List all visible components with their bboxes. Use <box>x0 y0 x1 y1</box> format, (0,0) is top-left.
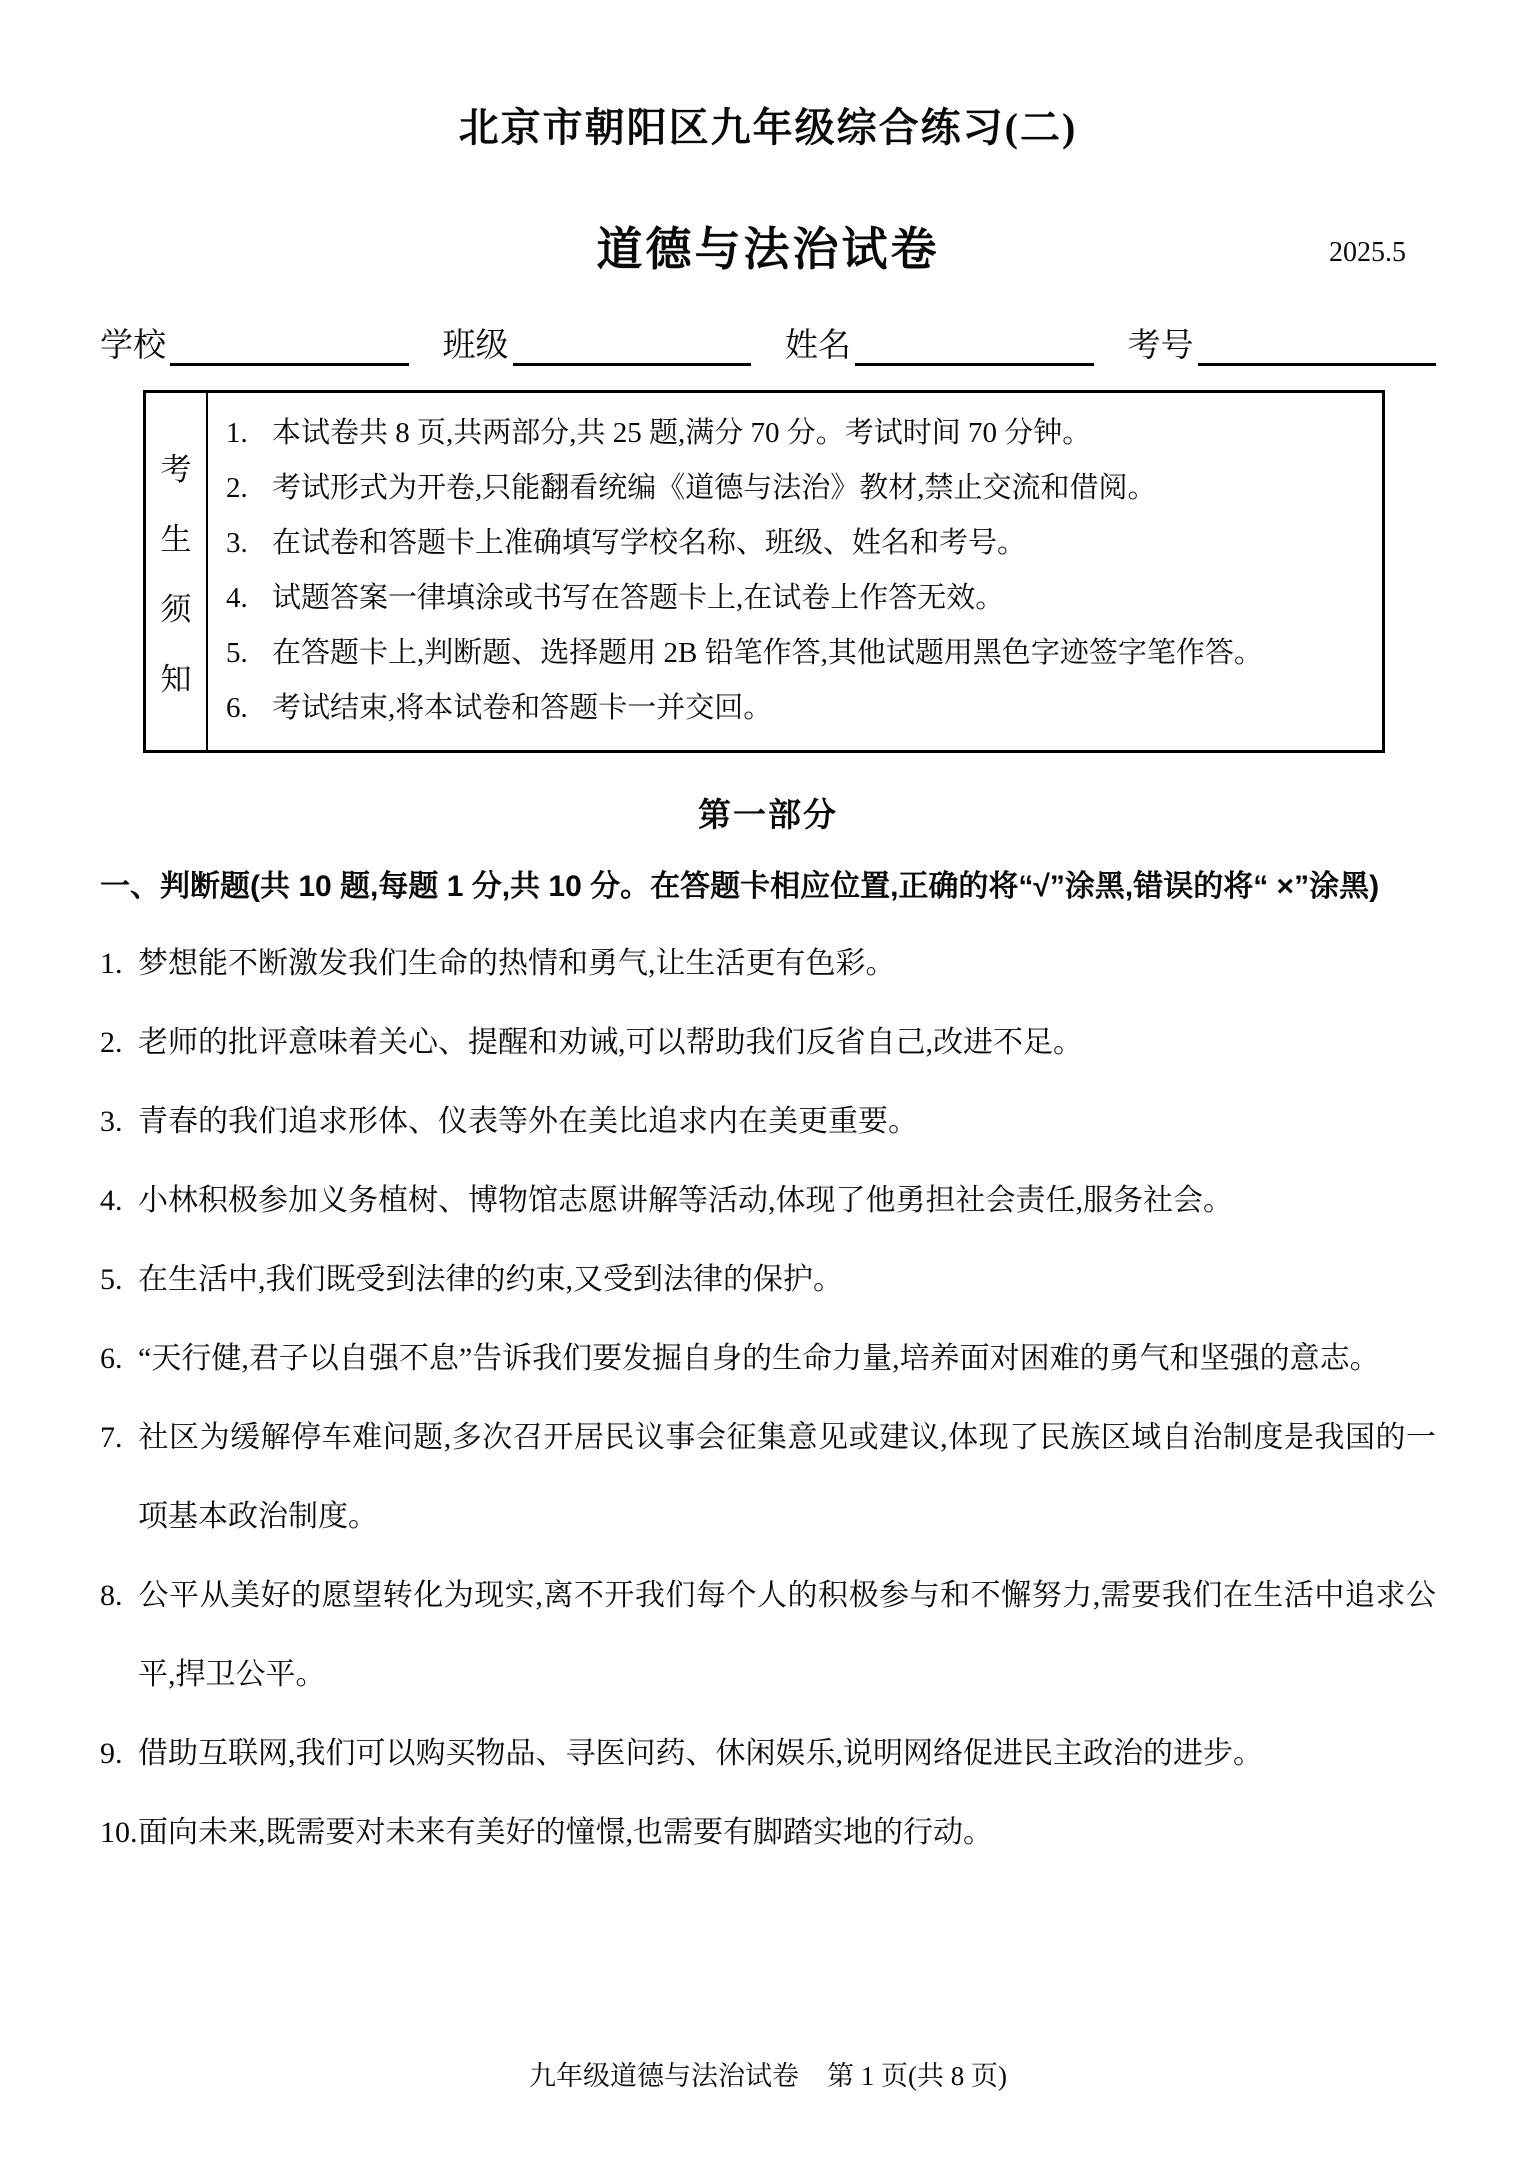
notice-item-text: 在答题卡上,判断题、选择题用 2B 铅笔作答,其他试题用黑色字迹签字笔作答。 <box>272 637 1263 669</box>
notice-item-number: 3. <box>226 516 272 571</box>
question-item: 7.社区为缓解停车难问题,多次召开居民议事会征集意见或建议,体现了民族区域自治制… <box>100 1398 1436 1556</box>
question-text: “天行健,君子以自强不息”告诉我们要发掘自身的生命力量,培养面对困难的勇气和坚强… <box>138 1342 1380 1375</box>
form-field-blank <box>513 330 752 366</box>
notice-side-char: 知 <box>161 654 192 699</box>
notice-item-text: 考试结束,将本试卷和答题卡一并交回。 <box>272 692 772 724</box>
question-text: 老师的批评意味着关心、提醒和劝诫,可以帮助我们反省自己,改进不足。 <box>138 1026 1083 1059</box>
notice-item: 6.考试结束,将本试卷和答题卡一并交回。 <box>226 681 1364 736</box>
notice-list: 1.本试卷共 8 页,共两部分,共 25 题,满分 70 分。考试时间 70 分… <box>208 393 1382 750</box>
footer-page-number: 第 1 页(共 8 页) <box>827 2061 1007 2091</box>
question-text: 小林积极参加义务植树、博物馆志愿讲解等活动,体现了他勇担社会责任,服务社会。 <box>138 1184 1233 1217</box>
exam-date: 2025.5 <box>1329 237 1406 269</box>
question-item: 9.借助互联网,我们可以购买物品、寻医问药、休闲娱乐,说明网络促进民主政治的进步… <box>100 1714 1436 1793</box>
notice-item: 5.在答题卡上,判断题、选择题用 2B 铅笔作答,其他试题用黑色字迹签字笔作答。 <box>226 626 1364 681</box>
form-field: 姓名 <box>785 319 1094 366</box>
question-text: 借助互联网,我们可以购买物品、寻医问药、休闲娱乐,说明网络促进民主政治的进步。 <box>138 1737 1263 1770</box>
notice-item-number: 1. <box>226 406 272 461</box>
subtitle-row: 道德与法治试卷 2025.5 <box>100 213 1436 269</box>
question-number: 6. <box>100 1319 138 1398</box>
form-field-blank <box>1198 330 1437 366</box>
question-text: 面向未来,既需要对未来有美好的憧憬,也需要有脚踏实地的行动。 <box>138 1816 993 1849</box>
page-footer: 九年级道德与法治试卷第 1 页(共 8 页) <box>0 2054 1536 2093</box>
notice-side-char: 考 <box>161 444 192 489</box>
question-number: 8. <box>100 1556 138 1635</box>
notice-item-number: 5. <box>226 626 272 681</box>
exam-subtitle: 道德与法治试卷 <box>100 213 1436 279</box>
question-item: 2.老师的批评意味着关心、提醒和劝诫,可以帮助我们反省自己,改进不足。 <box>100 1003 1436 1082</box>
form-field-label: 姓名 <box>785 319 851 366</box>
question-item: 3.青春的我们追求形体、仪表等外在美比追求内在美更重要。 <box>100 1082 1436 1161</box>
form-field-label: 学校 <box>100 319 166 366</box>
question-item: 6.“天行健,君子以自强不息”告诉我们要发掘自身的生命力量,培养面对困难的勇气和… <box>100 1319 1436 1398</box>
question-text: 梦想能不断激发我们生命的热情和勇气,让生活更有色彩。 <box>138 947 896 980</box>
question-number: 3. <box>100 1082 138 1161</box>
notice-item: 4.试题答案一律填涂或书写在答题卡上,在试卷上作答无效。 <box>226 571 1364 626</box>
question-item: 5.在生活中,我们既受到法律的约束,又受到法律的保护。 <box>100 1240 1436 1319</box>
section-one-intro: 一、判断题(共 10 题,每题 1 分,共 10 分。在答题卡相应位置,正确的将… <box>100 862 1436 912</box>
question-number: 2. <box>100 1003 138 1082</box>
notice-item-text: 在试卷和答题卡上准确填写学校名称、班级、姓名和考号。 <box>272 527 1026 559</box>
question-item: 10.面向未来,既需要对未来有美好的憧憬,也需要有脚踏实地的行动。 <box>100 1793 1436 1872</box>
form-field: 考号 <box>1128 319 1437 366</box>
notice-item: 2.考试形式为开卷,只能翻看统编《道德与法治》教材,禁止交流和借阅。 <box>226 461 1364 516</box>
question-text: 在生活中,我们既受到法律的约束,又受到法律的保护。 <box>138 1263 843 1296</box>
notice-item-text: 试题答案一律填涂或书写在答题卡上,在试卷上作答无效。 <box>272 582 1004 614</box>
question-number: 4. <box>100 1161 138 1240</box>
notice-item-number: 2. <box>226 461 272 516</box>
question-item: 8.公平从美好的愿望转化为现实,离不开我们每个人的积极参与和不懈努力,需要我们在… <box>100 1556 1436 1714</box>
notice-side-char: 须 <box>161 584 192 629</box>
question-text: 社区为缓解停车难问题,多次召开居民议事会征集意见或建议,体现了民族区域自治制度是… <box>138 1421 1436 1533</box>
notice-side-label: 考 生 须 知 <box>146 393 208 750</box>
question-number: 9. <box>100 1714 138 1793</box>
notice-item-number: 6. <box>226 681 272 736</box>
question-number: 5. <box>100 1240 138 1319</box>
form-field-blank <box>170 330 409 366</box>
examinee-notice-box: 考 生 须 知 1.本试卷共 8 页,共两部分,共 25 题,满分 70 分。考… <box>143 390 1385 753</box>
question-number: 7. <box>100 1398 138 1477</box>
notice-side-char: 生 <box>161 514 192 559</box>
student-info-form-row: 学校 班级 姓名 考号 <box>100 319 1436 366</box>
form-field: 班级 <box>443 319 752 366</box>
form-field-label: 考号 <box>1128 319 1194 366</box>
page-title: 北京市朝阳区九年级综合练习(二) <box>100 96 1436 153</box>
footer-doc-label: 九年级道德与法治试卷 <box>529 2061 799 2091</box>
question-number: 1. <box>100 924 138 1003</box>
exam-paper-page: 北京市朝阳区九年级综合练习(二) 道德与法治试卷 2025.5 学校 班级 姓名… <box>0 0 1536 2173</box>
notice-item-text: 本试卷共 8 页,共两部分,共 25 题,满分 70 分。考试时间 70 分钟。 <box>272 417 1091 449</box>
form-field-label: 班级 <box>443 319 509 366</box>
notice-item: 3.在试卷和答题卡上准确填写学校名称、班级、姓名和考号。 <box>226 516 1364 571</box>
notice-item-number: 4. <box>226 571 272 626</box>
notice-item: 1.本试卷共 8 页,共两部分,共 25 题,满分 70 分。考试时间 70 分… <box>226 406 1364 461</box>
question-text: 公平从美好的愿望转化为现实,离不开我们每个人的积极参与和不懈努力,需要我们在生活… <box>138 1579 1436 1691</box>
notice-item-text: 考试形式为开卷,只能翻看统编《道德与法治》教材,禁止交流和借阅。 <box>272 472 1157 504</box>
question-item: 1.梦想能不断激发我们生命的热情和勇气,让生活更有色彩。 <box>100 924 1436 1003</box>
question-list: 1.梦想能不断激发我们生命的热情和勇气,让生活更有色彩。 2.老师的批评意味着关… <box>100 924 1436 1872</box>
form-field: 学校 <box>100 319 409 366</box>
form-field-blank <box>855 330 1094 366</box>
question-number: 10. <box>100 1793 138 1872</box>
question-item: 4.小林积极参加义务植树、博物馆志愿讲解等活动,体现了他勇担社会责任,服务社会。 <box>100 1161 1436 1240</box>
part-one-heading: 第一部分 <box>100 789 1436 836</box>
question-text: 青春的我们追求形体、仪表等外在美比追求内在美更重要。 <box>138 1105 918 1138</box>
